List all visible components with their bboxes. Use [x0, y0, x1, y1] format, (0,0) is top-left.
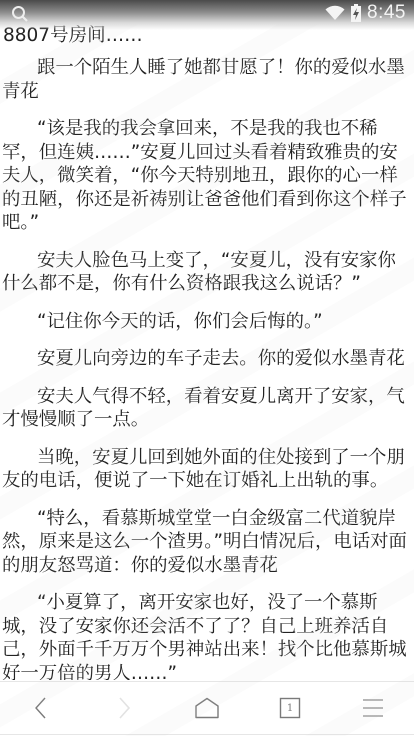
- paragraph: “特么，看慕斯城堂堂一白金级富二代道貌岸然，原来是这么一个渣男。”明白情况后，电…: [2, 507, 411, 578]
- battery-charging-icon: [351, 4, 361, 22]
- home-icon: [194, 697, 220, 719]
- status-indicators: 8:45: [325, 3, 406, 23]
- tab-count: 1: [287, 703, 293, 714]
- tabs-button[interactable]: 1: [260, 682, 320, 734]
- menu-button[interactable]: [343, 682, 403, 734]
- status-time: 8:45: [367, 2, 406, 24]
- status-bar: 8:45: [0, 0, 414, 30]
- paragraph: 当晚，安夏儿回到她外面的住处接到了一个朋友的电话，便说了一下她在订婚礼上出轨的事…: [2, 446, 411, 493]
- paragraph: 跟一个陌生人睡了她都甘愿了！你的爱似水墨青花: [2, 56, 411, 103]
- paragraph: “记住你今天的话，你们会后悔的。”: [2, 310, 411, 334]
- bottom-nav-bar: 1: [0, 681, 414, 735]
- search-icon[interactable]: [11, 5, 29, 23]
- chevron-left-icon: [33, 696, 49, 720]
- reader-content[interactable]: 8807号房间…… 跟一个陌生人睡了她都甘愿了！你的爱似水墨青花 “该是我的我会…: [0, 22, 414, 680]
- paragraph: 安夫人气得不轻，看着安夏儿离开了安家，气才慢慢顺了一点。: [2, 385, 411, 432]
- forward-button[interactable]: [94, 682, 154, 734]
- back-button[interactable]: [11, 682, 71, 734]
- wifi-icon: [325, 5, 345, 21]
- chevron-right-icon: [116, 696, 132, 720]
- paragraph: 安夫人脸色马上变了，“安夏儿，没有安家你什么都不是，你有什么资格跟我这么说话？”: [2, 249, 411, 296]
- paragraph: “该是我的我会拿回来，不是我的我也不稀罕，但连姨……”安夏儿回过头看着精致雅贵的…: [2, 117, 411, 235]
- menu-icon: [362, 698, 384, 718]
- paragraph: “小夏算了，离开安家也好，没了一个慕斯城，没了安家你还会活不了了？自己上班养活自…: [2, 591, 411, 680]
- home-button[interactable]: [177, 682, 237, 734]
- paragraph: 安夏儿向旁边的车子走去。你的爱似水墨青花: [2, 347, 411, 371]
